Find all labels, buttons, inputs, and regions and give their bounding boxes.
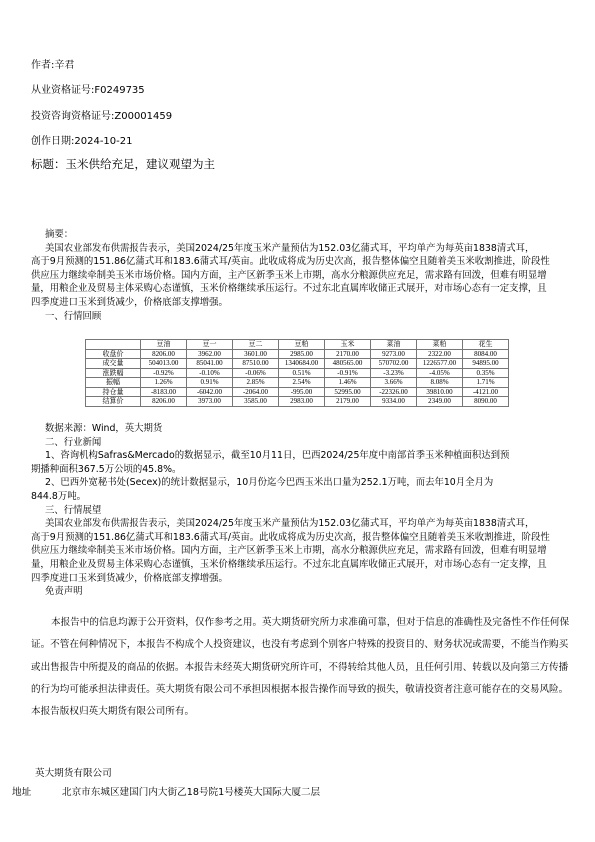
table-header-cell xyxy=(86,340,141,350)
table-row: 收盘价 8206.00 3962.00 3601.00 2985.00 2170… xyxy=(86,349,509,359)
row-label: 成交量 xyxy=(86,359,141,369)
table-cell: 3973.00 xyxy=(187,397,233,407)
advisory-license-number: 投资咨询资格证号:Z00001459 xyxy=(31,107,172,122)
author: 作者:辛君 xyxy=(31,56,74,71)
row-label: 结算价 xyxy=(86,397,141,407)
table-cell: -22326.00 xyxy=(371,387,417,397)
table-cell: 39810.00 xyxy=(417,387,463,397)
table-cell: 8084.00 xyxy=(463,349,509,359)
table-header-cell: 花生 xyxy=(463,340,509,350)
section-heading-industry-news: 二、行业新闻 xyxy=(31,436,576,450)
address-label: 地址 xyxy=(12,784,31,798)
table-cell: 9334.00 xyxy=(371,397,417,407)
table-header-row: 豆油 豆一 豆二 豆粕 玉米 菜油 菜粕 花生 xyxy=(86,340,509,350)
summary-line: 高于9月预测的151.86亿蒲式耳和183.6蒲式耳/英亩。此收成将成为历史次高… xyxy=(31,255,576,269)
table-row: 持仓量 -8183.00 -6042.00 -2064.00 -995.00 5… xyxy=(86,387,509,397)
table-cell: 2983.00 xyxy=(279,397,325,407)
row-label: 持仓量 xyxy=(86,387,141,397)
outlook-line: 供应压力继续牵制美玉米市场价格。国内方面，主产区新季玉米上市期，高水分粮源供应充… xyxy=(31,544,576,558)
data-source: 数据来源：Wind，英大期货 xyxy=(31,422,576,436)
table-cell: 2.85% xyxy=(233,378,279,388)
table-header-cell: 豆二 xyxy=(233,340,279,350)
table-cell: 0.35% xyxy=(463,368,509,378)
market-data-table: 豆油 豆一 豆二 豆粕 玉米 菜油 菜粕 花生 收盘价 8206.00 3962… xyxy=(85,339,509,407)
table-cell: 3962.00 xyxy=(187,349,233,359)
table-cell: 2.54% xyxy=(279,378,325,388)
table-cell: 2985.00 xyxy=(279,349,325,359)
company-address: 北京市东城区建国门内大街乙18号院1号楼英大国际大厦二层 xyxy=(62,784,320,798)
table-cell: 8206.00 xyxy=(141,349,187,359)
table-cell: 1226577.00 xyxy=(417,359,463,369)
row-label: 收盘价 xyxy=(86,349,141,359)
table-cell: 1340684.00 xyxy=(279,359,325,369)
table-header-cell: 菜粕 xyxy=(417,340,463,350)
table-cell: 0.51% xyxy=(279,368,325,378)
table-cell: 2322.00 xyxy=(417,349,463,359)
table-cell: 8.08% xyxy=(417,378,463,388)
table-cell: -0.10% xyxy=(187,368,233,378)
table-cell: -2064.00 xyxy=(233,387,279,397)
section-heading-market-review: 一、行情回顾 xyxy=(31,310,576,324)
outlook-line: 量，用粮企业及贸易主体采购心态谨慎，玉米价格继续承压运行。不过东北直属库收储正式… xyxy=(31,558,576,572)
table-cell: -0.92% xyxy=(141,368,187,378)
summary-section: 摘要： 美国农业部发布供需报告表示，美国2024/25年度玉米产量预估为152.… xyxy=(31,228,576,323)
table-header-cell: 豆一 xyxy=(187,340,233,350)
table-header-cell: 豆油 xyxy=(141,340,187,350)
table-cell: -4.05% xyxy=(417,368,463,378)
summary-line: 美国农业部发布供需报告表示，美国2024/25年度玉米产量预估为152.03亿蒲… xyxy=(31,242,576,256)
report-title: 标题：玉米供给充足，建议观望为主 xyxy=(31,156,215,172)
section-heading-outlook: 三、行情展望 xyxy=(31,504,576,518)
summary-label: 摘要： xyxy=(31,228,576,242)
table-cell: 94895.00 xyxy=(463,359,509,369)
summary-line: 量，用粮企业及贸易主体采购心态谨慎，玉米价格继续承压运行。不过东北直属库收储正式… xyxy=(31,282,576,296)
summary-line: 四季度进口玉米到货减少，价格底部支撑增强。 xyxy=(31,296,576,310)
summary-line: 供应压力继续牵制美玉米市场价格。国内方面，主产区新季玉米上市期，高水分粮源供应充… xyxy=(31,269,576,283)
table-cell: -995.00 xyxy=(279,387,325,397)
table-cell: 9273.00 xyxy=(371,349,417,359)
license-number: 从业资格证号:F0249735 xyxy=(31,81,145,96)
table-cell: 3601.00 xyxy=(233,349,279,359)
news-item: 1、咨询机构Safras&Mercado的数据显示，截至10月11日，巴西202… xyxy=(31,449,576,463)
table-cell: 504013.00 xyxy=(141,359,187,369)
creation-date: 创作日期:2024-10-21 xyxy=(31,132,132,147)
table-cell: 2170.00 xyxy=(325,349,371,359)
company-name: 英大期货有限公司 xyxy=(35,765,112,779)
table-row: 涨跌幅 -0.92% -0.10% -0.06% 0.51% -0.91% -3… xyxy=(86,368,509,378)
table-cell: -0.91% xyxy=(325,368,371,378)
outlook-line: 美国农业部发布供需报告表示，美国2024/25年度玉米产量预估为152.03亿蒲… xyxy=(31,517,576,531)
table-cell: 85041.00 xyxy=(187,359,233,369)
table-cell: -3.23% xyxy=(371,368,417,378)
table-cell: 0.91% xyxy=(187,378,233,388)
row-label: 涨跌幅 xyxy=(86,368,141,378)
table-row: 成交量 504013.00 85041.00 87510.00 1340684.… xyxy=(86,359,509,369)
table-row: 振幅 1.26% 0.91% 2.85% 2.54% 1.46% 3.66% 8… xyxy=(86,378,509,388)
table-cell: 2349.00 xyxy=(417,397,463,407)
table-row: 结算价 8206.00 3973.00 3585.00 2983.00 2179… xyxy=(86,397,509,407)
table-cell: 1.46% xyxy=(325,378,371,388)
disclaimer-text: 本报告中的信息均源于公开资料，仅作参考之用。英大期货研究所力求准确可靠，但对于信… xyxy=(31,612,576,723)
table-cell: -0.06% xyxy=(233,368,279,378)
disclaimer-heading: 免责声明 xyxy=(31,585,576,599)
table-cell: 8090.00 xyxy=(463,397,509,407)
outlook-line: 高于9月预测的151.86亿蒲式耳和183.6蒲式耳/英亩。此收成将成为历史次高… xyxy=(31,531,576,545)
table-cell: -6042.00 xyxy=(187,387,233,397)
table-cell: 87510.00 xyxy=(233,359,279,369)
table-header-cell: 玉米 xyxy=(325,340,371,350)
table-cell: 3585.00 xyxy=(233,397,279,407)
table-cell: 3.66% xyxy=(371,378,417,388)
row-label: 振幅 xyxy=(86,378,141,388)
news-section: 数据来源：Wind，英大期货 二、行业新闻 1、咨询机构Safras&Merca… xyxy=(31,422,576,599)
table-cell: -4121.00 xyxy=(463,387,509,397)
table-cell: 1.26% xyxy=(141,378,187,388)
table-cell: -8183.00 xyxy=(141,387,187,397)
news-item-cont: 844.8万吨。 xyxy=(31,490,576,504)
table-cell: 8206.00 xyxy=(141,397,187,407)
news-item-cont: 期播种面积367.5万公顷的45.8%。 xyxy=(31,463,576,477)
table-cell: 52995.00 xyxy=(325,387,371,397)
table-header-cell: 菜油 xyxy=(371,340,417,350)
table-header-cell: 豆粕 xyxy=(279,340,325,350)
table-cell: 570702.00 xyxy=(371,359,417,369)
news-item: 2、巴西外宽秘书处(Secex)的统计数据显示，10月份迄今巴西玉米出口量为25… xyxy=(31,476,576,490)
table-cell: 480565.00 xyxy=(325,359,371,369)
table-cell: 2179.00 xyxy=(325,397,371,407)
table-cell: 1.71% xyxy=(463,378,509,388)
outlook-line: 四季度进口玉米到货减少，价格底部支撑增强。 xyxy=(31,572,576,586)
